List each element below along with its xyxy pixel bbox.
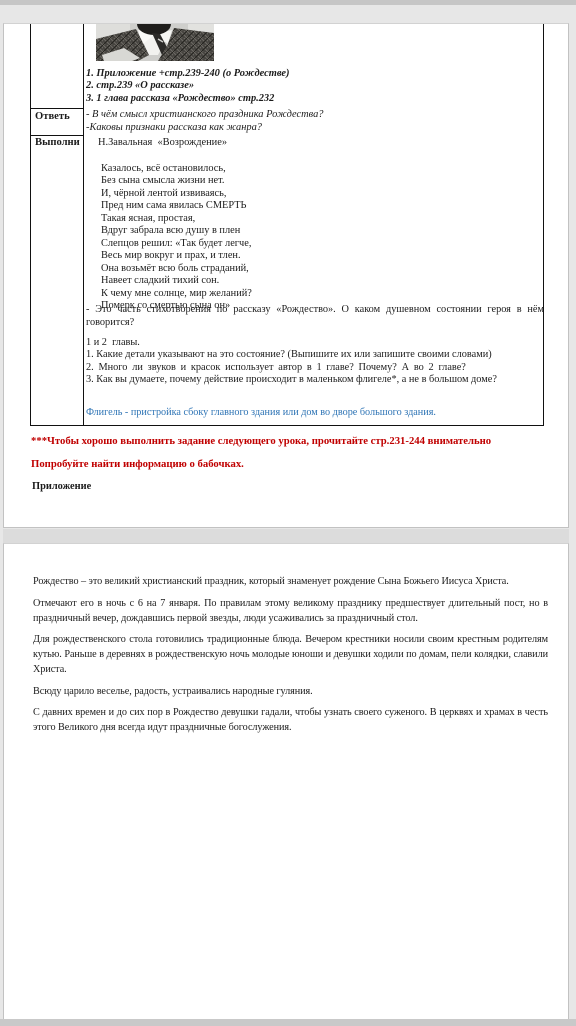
poem-line: Весь мир вокруг и прах, и тлен.	[101, 250, 252, 262]
row-label-do: Выполни	[35, 137, 80, 148]
poem-title: Н.Завальная «Возрождение»	[98, 137, 227, 148]
page-1: 1. Приложение +стр.239-240 (о Рождестве)…	[3, 23, 569, 528]
answer-questions: - В чём смысл христианского праздника Ро…	[86, 109, 323, 135]
poem-line: Вдруг забрала всю душу в плен	[101, 225, 252, 237]
appendix-paragraph: Рождество – это великий христианский пра…	[33, 574, 548, 589]
table-border-bottom	[30, 425, 544, 426]
poem: Казалось, всё остановилось, Без сына смы…	[101, 163, 252, 312]
table-border-left	[30, 24, 31, 426]
reading-list-item: 1. Приложение +стр.239-240 (о Рождестве)	[86, 68, 289, 80]
page-2: Рождество – это великий христианский пра…	[3, 543, 569, 1020]
poem-line: Такая ясная, простая,	[101, 213, 252, 225]
poem-line: Навеет сладкий тихий сон.	[101, 275, 252, 287]
page-gap	[3, 529, 569, 543]
task-item: 2. Много ли звуков и красок использует а…	[86, 362, 544, 375]
appendix-paragraph: Для рождественского стола готовились тра…	[33, 632, 548, 677]
task-item: 3. Как вы думаете, почему действие проис…	[86, 374, 544, 387]
poem-line: Казалось, всё остановилось,	[101, 163, 252, 175]
appendix-text: Рождество – это великий христианский пра…	[33, 574, 548, 742]
poem-line: Без сына смысла жизни нет.	[101, 175, 252, 187]
table-row-separator	[30, 135, 83, 136]
appendix-paragraph: Всюду царило веселье, радость, устраивал…	[33, 684, 548, 699]
appendix-paragraph: С давних времен и до сих пор в Рождество…	[33, 705, 548, 735]
answer-question: -Каковы признаки рассказа как жанра?	[86, 122, 323, 135]
reminder-read-pages: ***Чтобы хорошо выполнить задание следую…	[31, 435, 491, 447]
viewer-top-edge	[0, 0, 576, 5]
answer-question: - В чём смысл христианского праздника Ро…	[86, 109, 323, 122]
viewer-bottom-edge	[0, 1019, 576, 1026]
poem-line: И, чёрной лентой извиваясь,	[101, 188, 252, 200]
poem-line: Слепцов решил: «Так будет легче,	[101, 238, 252, 250]
row-label-answer: Ответь	[35, 111, 70, 122]
reading-list: 1. Приложение +стр.239-240 (о Рождестве)…	[86, 68, 289, 105]
portrait-photo	[96, 24, 214, 61]
appendix-paragraph: Отмечают его в ночь с 6 на 7 января. По …	[33, 596, 548, 626]
poem-line: Пред ним сама явилась СМЕРТЬ	[101, 200, 252, 212]
reminder-butterflies: Попробуйте найти информацию о бабочках.	[31, 458, 244, 470]
poem-question: - Это часть стихотворения по рассказу «Р…	[86, 303, 544, 329]
footnote-fligel: Флигель - пристройка сбоку главного здан…	[86, 407, 436, 418]
task-item: 1. Какие детали указывают на это состоян…	[86, 349, 544, 362]
table-row-separator	[30, 108, 83, 109]
reading-list-item: 3. 1 глава рассказа «Рождество» стр.232	[86, 93, 289, 105]
chapters-note: 1 и 2 главы.	[86, 337, 140, 348]
portrait-photo-image	[96, 24, 214, 61]
document-viewer[interactable]: 1. Приложение +стр.239-240 (о Рождестве)…	[0, 0, 576, 1026]
table-border-mid	[83, 24, 84, 426]
poem-line: К чему мне солнце, мир желаний?	[101, 288, 252, 300]
appendix-heading: Приложение	[32, 481, 91, 492]
poem-line: Она возьмёт всю боль страданий,	[101, 263, 252, 275]
task-list: 1. Какие детали указывают на это состоян…	[86, 349, 544, 387]
reading-list-item: 2. стр.239 «О рассказе»	[86, 80, 289, 92]
